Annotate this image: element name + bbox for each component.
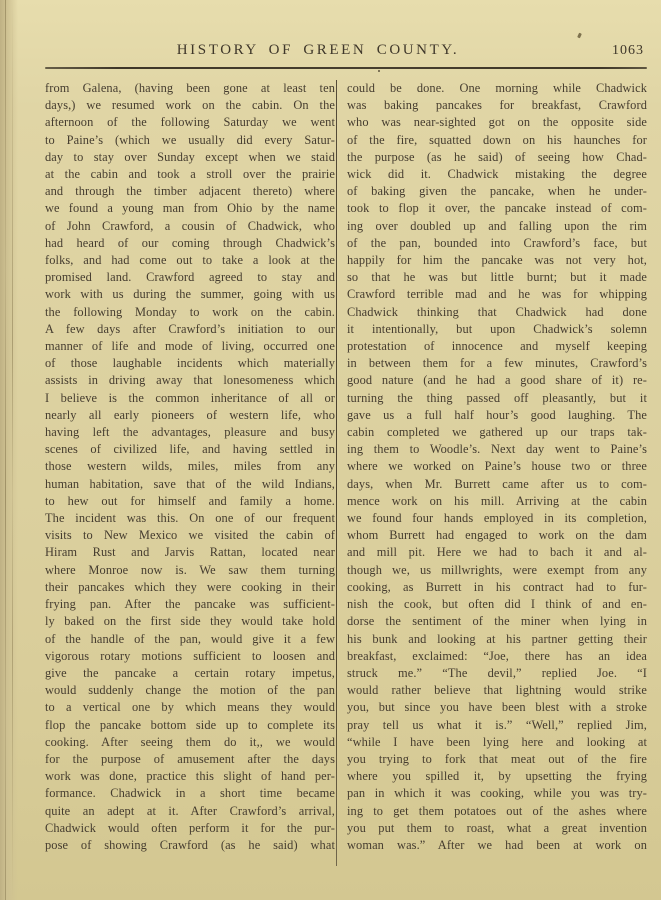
text-line: woman was.” After we had been at work on bbox=[347, 837, 647, 854]
text-line: the following Monday to work on the cabi… bbox=[45, 304, 335, 321]
text-line: vigorous rotary motions sufficient to lo… bbox=[45, 648, 335, 665]
text-line: gave us a full half hour’s good laughing… bbox=[347, 407, 647, 424]
column-divider-rule bbox=[336, 80, 337, 866]
text-line: where you spilled it, by upsetting the f… bbox=[347, 768, 647, 785]
text-line: from Galena, (having been gone at least … bbox=[45, 80, 335, 97]
text-line: you, but since you have been blest with … bbox=[347, 699, 647, 716]
text-line: in between them for a few minutes, Crawf… bbox=[347, 355, 647, 372]
text-line: days,) we resumed work on the cabin. On … bbox=[45, 97, 335, 114]
text-line: good nature (and he had a good share of … bbox=[347, 372, 647, 389]
text-line: assists in driving away that lonesomenes… bbox=[45, 372, 335, 389]
text-line: would rather believe that lightning woul… bbox=[347, 682, 647, 699]
text-line: pray tell us what it is.” “Well,” replie… bbox=[347, 717, 647, 734]
text-line: we found a young man from Ohio by the na… bbox=[45, 200, 335, 217]
text-line: formance. Chadwick in a short time becam… bbox=[45, 785, 335, 802]
page-edge-crease bbox=[5, 0, 6, 900]
text-line: A few days after Crawford’s initiation t… bbox=[45, 321, 335, 338]
page-title: HISTORY OF GREEN COUNTY. bbox=[45, 42, 591, 59]
text-line: could be done. One morning while Chadwic… bbox=[347, 80, 647, 97]
text-line: to Paine’s (which we usually did every S… bbox=[45, 132, 335, 149]
text-line: quite an adept at it. After Crawford’s a… bbox=[45, 803, 335, 820]
text-line: breakfast, exclaimed: “Joe, there has an… bbox=[347, 648, 647, 665]
text-line: Chadwick would often perform it for the … bbox=[45, 820, 335, 837]
header-rule bbox=[45, 67, 647, 69]
text-line: human habitation, save that of the wild … bbox=[45, 476, 335, 493]
text-line: and through the timber adjacent thereto)… bbox=[45, 183, 335, 200]
column-right: could be done. One morning while Chadwic… bbox=[347, 80, 647, 866]
text-line: had heard of our coming through Chadwick… bbox=[45, 235, 335, 252]
text-line: wick did it. Chadwick mistaking the degr… bbox=[347, 166, 647, 183]
text-line: at the cabin and took a stroll over the … bbox=[45, 166, 335, 183]
text-line: turning the thing passed off pleasantly,… bbox=[347, 390, 647, 407]
text-line: Hiram Rust and Jarvis Rattan, located ne… bbox=[45, 544, 335, 561]
text-line: for the purpose of amusement after the d… bbox=[45, 751, 335, 768]
text-line: ing to get them potatoes out of the ashe… bbox=[347, 803, 647, 820]
text-line: nearly all early pioneers of western lif… bbox=[45, 407, 335, 424]
text-line: ly baked on the first side they would ta… bbox=[45, 613, 335, 630]
text-line: give the pancake a certain rotary impetu… bbox=[45, 665, 335, 682]
page-left-edge bbox=[0, 0, 18, 900]
text-line: it intentionally, but upon Chadwick’s so… bbox=[347, 321, 647, 338]
text-line: and mill pit. Here we had to bach it and… bbox=[347, 544, 647, 561]
text-line: who was near-sighted got on the opposite… bbox=[347, 114, 647, 131]
text-line: to a vertical one by which means they wo… bbox=[45, 699, 335, 716]
text-line: day to stay over Sunday except when we s… bbox=[45, 149, 335, 166]
text-line: where we worked on Paine’s house two or … bbox=[347, 458, 647, 475]
text-line: visits to New Mexico we visited the cabi… bbox=[45, 527, 335, 544]
text-line: mence work on his mill. Arriving at the … bbox=[347, 493, 647, 510]
text-line: struck me.” “The devil,” replied Joe. “I bbox=[347, 665, 647, 682]
text-line: flop the pancake bottom side up to compl… bbox=[45, 717, 335, 734]
text-line: pan in which it was cooking, while you w… bbox=[347, 785, 647, 802]
text-line: having left the advantages, pleasure and… bbox=[45, 424, 335, 441]
page-edge-crease bbox=[12, 0, 13, 900]
text-line: his bunk and looking at his partner gett… bbox=[347, 631, 647, 648]
ink-speck bbox=[577, 33, 582, 39]
text-line: ing them to Woodle’s. Next day went to P… bbox=[347, 441, 647, 458]
text-line: of the fire, squatted down on his haunch… bbox=[347, 132, 647, 149]
text-line: Chadwick thinking that Chadwick had done bbox=[347, 304, 647, 321]
text-line: days, when Mr. Burrett came after us to … bbox=[347, 476, 647, 493]
text-line: cooking, as Burrett in his contract had … bbox=[347, 579, 647, 596]
text-line: frying pan. After the pancake was suffic… bbox=[45, 596, 335, 613]
text-line: of the handle of the pan, would give it … bbox=[45, 631, 335, 648]
text-line: of the pan, bounded into Crawford’s face… bbox=[347, 235, 647, 252]
text-line: work was done, practice this slight of h… bbox=[45, 768, 335, 785]
text-line: though we, us millwrights, were exempt f… bbox=[347, 562, 647, 579]
text-line: to hew out for himself and family a home… bbox=[45, 493, 335, 510]
text-line: you put them to roast, what a great inve… bbox=[347, 820, 647, 837]
ink-speck bbox=[378, 70, 380, 72]
column-left: from Galena, (having been gone at least … bbox=[45, 80, 335, 866]
text-line: took to flop it over, the pancake instea… bbox=[347, 200, 647, 217]
text-line: protestation of innocence and myself kee… bbox=[347, 338, 647, 355]
page-number: 1063 bbox=[612, 43, 644, 59]
text-line: ing over doubled up and falling upon the… bbox=[347, 218, 647, 235]
text-line: was baking pancakes for breakfast, Crawf… bbox=[347, 97, 647, 114]
text-line: we found four hands employed in its comp… bbox=[347, 510, 647, 527]
text-line: manner of life and mode of living, occur… bbox=[45, 338, 335, 355]
text-line: I believe is the common inheritance of a… bbox=[45, 390, 335, 407]
text-line: “while I have been lying here and lookin… bbox=[347, 734, 647, 751]
text-line: folks, and had come out to take a look a… bbox=[45, 252, 335, 269]
text-line: afternoon of the following Saturday we w… bbox=[45, 114, 335, 131]
text-line: cabin completed we gathered up our traps… bbox=[347, 424, 647, 441]
running-head: HISTORY OF GREEN COUNTY. 1063 bbox=[45, 0, 647, 67]
text-line: of those laughable incidents which mater… bbox=[45, 355, 335, 372]
text-line: whom Burrett had engaged to work on the … bbox=[347, 527, 647, 544]
text-line: nish the cook, but often did I think of … bbox=[347, 596, 647, 613]
text-line: of baking given the pancake, when he und… bbox=[347, 183, 647, 200]
text-line: scenes of civilized life, and having set… bbox=[45, 441, 335, 458]
text-line: dorse the sentiment of the miner when ly… bbox=[347, 613, 647, 630]
text-line: of John Crawford, a cousin of Chadwick, … bbox=[45, 218, 335, 235]
text-line: would suddenly change the motion of the … bbox=[45, 682, 335, 699]
text-line: so that he was but little burnt; but it … bbox=[347, 269, 647, 286]
text-line: their pancakes which they were cooking i… bbox=[45, 579, 335, 596]
text-line: pose of showing Crawford (as he said) wh… bbox=[45, 837, 335, 854]
text-line: The incident was this. On one of our fre… bbox=[45, 510, 335, 527]
text-line: Crawford terrible mad and he was for whi… bbox=[347, 286, 647, 303]
page-content: HISTORY OF GREEN COUNTY. 1063 from Galen… bbox=[45, 0, 647, 67]
text-columns: from Galena, (having been gone at least … bbox=[45, 80, 647, 866]
text-line: happily for him the pancake was not very… bbox=[347, 252, 647, 269]
book-page-scan: HISTORY OF GREEN COUNTY. 1063 from Galen… bbox=[0, 0, 661, 900]
text-line: the purpose (as he said) of seeing how C… bbox=[347, 149, 647, 166]
text-line: cooking. After seeing them do it,, we wo… bbox=[45, 734, 335, 751]
text-line: promised land. Crawford agreed to stay a… bbox=[45, 269, 335, 286]
text-line: those western wilds, miles, miles from a… bbox=[45, 458, 335, 475]
text-line: where Monroe now is. We saw them turning bbox=[45, 562, 335, 579]
text-line: you trying to fork that meat out of the … bbox=[347, 751, 647, 768]
text-line: work with us during the summer, going wi… bbox=[45, 286, 335, 303]
